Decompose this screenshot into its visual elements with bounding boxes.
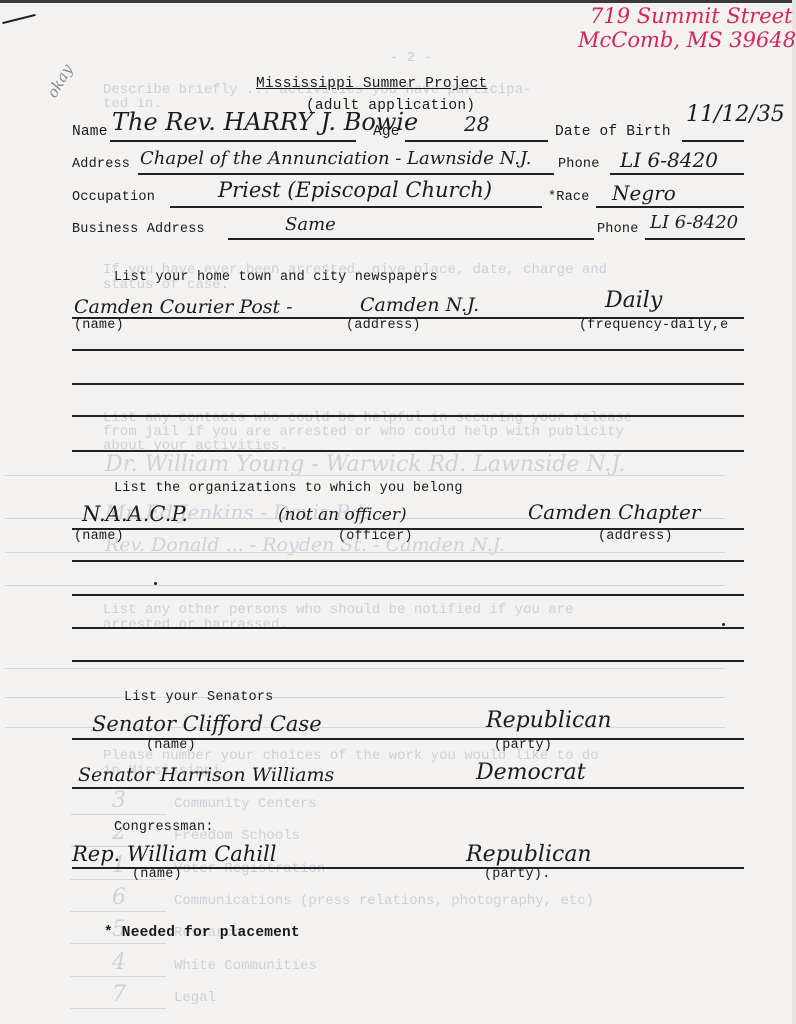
business-phone-line [645, 238, 745, 240]
name-label: Name [72, 124, 108, 140]
age-line [405, 140, 548, 142]
phone-label: Phone [558, 157, 600, 172]
newspaper-name-caption: (name) [74, 318, 124, 333]
newspaper-line [72, 450, 744, 452]
occupation-label: Occupation [72, 190, 155, 205]
newspapers-prompt: List your home town and city newspapers [114, 270, 438, 285]
newspaper-frequency[interactable]: Daily [605, 288, 662, 313]
senator-1-name[interactable]: Senator Clifford Case [92, 712, 322, 736]
congressman-name-caption: (name) [132, 867, 182, 882]
organization-officer[interactable]: (not an officer) [278, 505, 407, 525]
race-value[interactable]: Negro [612, 181, 676, 205]
ghost-line [5, 668, 725, 669]
ghost-choice-line [70, 1008, 166, 1009]
ghost-choice-label: Community Centers [174, 796, 317, 812]
newspaper-name[interactable]: Camden Courier Post - [74, 296, 293, 318]
senator-1-party[interactable]: Republican [486, 708, 612, 733]
business-address-line [228, 238, 594, 240]
senators-prompt: List your Senators [124, 690, 273, 705]
ghost-choice-label: Communications (press relations, photogr… [174, 893, 594, 909]
ghost-choice-label: Legal [174, 990, 216, 1006]
ghost-choice-rank: 3 [112, 788, 126, 813]
speck [722, 623, 725, 626]
senator-2-name[interactable]: Senator Harrison Williams [78, 764, 334, 786]
ghost-choice-rank: 7 [112, 982, 126, 1007]
occupation-line [170, 206, 542, 208]
ghost-page-number: - 2 - [390, 50, 432, 66]
congressman-prompt: Congressman: [114, 820, 214, 835]
dob-line [682, 140, 744, 142]
dob-value[interactable]: 11/12/35 [686, 102, 785, 127]
ghost-choice-line [70, 911, 166, 912]
scan-edge [0, 0, 796, 3]
name-line [110, 140, 356, 142]
organization-name-caption: (name) [74, 529, 124, 544]
annotation-city: McComb, MS 39648 [578, 28, 796, 52]
congressman-party[interactable]: Republican [466, 842, 592, 867]
form-title: Mississippi Summer Project [256, 76, 487, 92]
newspaper-frequency-caption: (frequency-daily,e [579, 318, 728, 333]
organization-address-caption: (address) [598, 529, 673, 544]
business-phone-value[interactable]: LI 6-8420 [650, 212, 738, 233]
newspaper-line [72, 415, 744, 417]
senator-2-party[interactable]: Democrat [476, 760, 586, 785]
organization-officer-caption: (officer) [338, 529, 413, 544]
senator-name-caption: (name) [146, 738, 196, 753]
ghost-question: List any other persons who should be not… [103, 602, 573, 618]
business-address-label: Business Address [72, 222, 205, 237]
newspaper-address[interactable]: Camden N.J. [360, 294, 479, 316]
address-line [138, 173, 554, 175]
occupation-value[interactable]: Priest (Episcopal Church) [218, 178, 492, 202]
newspaper-address-caption: (address) [346, 318, 421, 333]
ghost-line [5, 552, 725, 553]
senator-party-caption: (party) [494, 738, 552, 753]
race-line [596, 206, 744, 208]
ghost-choice-rank: 6 [112, 885, 126, 910]
ghost-choice-line [70, 814, 166, 815]
ghost-choice-label: White Communities [174, 958, 317, 974]
footnote: * Needed for placement [104, 925, 300, 941]
race-label: *Race [548, 190, 590, 205]
organization-line [72, 627, 744, 629]
organization-name[interactable]: N.A.A.C.P. [82, 502, 188, 526]
business-phone-label: Phone [597, 222, 639, 237]
ghost-choice-line [70, 976, 166, 977]
senator-line [72, 787, 744, 789]
organization-address[interactable]: Camden Chapter [528, 500, 700, 524]
ghost-line [5, 585, 725, 586]
dob-label: Date of Birth [555, 124, 671, 140]
business-address-value[interactable]: Same [285, 214, 336, 235]
ghost-line [5, 475, 725, 476]
congressman-party-caption: (party). [484, 867, 550, 882]
address-label: Address [72, 157, 130, 172]
pencil-note: okay [43, 61, 76, 101]
ghost-question: arrested or harrassed. [103, 617, 288, 633]
organizations-prompt: List the organizations to which you belo… [114, 481, 463, 496]
pen-mark [2, 14, 35, 24]
organization-line [72, 560, 744, 562]
organization-line [72, 660, 744, 662]
organization-line [72, 594, 744, 596]
ghost-contact: Dr. William Young - Warwick Rd. Lawnside… [105, 452, 625, 477]
age-label: Age [373, 124, 400, 140]
ghost-choice-rank: 4 [112, 950, 126, 975]
ghost-choice-line [70, 943, 166, 944]
ghost-line [5, 697, 725, 698]
age-value[interactable]: 28 [464, 112, 489, 136]
newspaper-line [72, 349, 744, 351]
address-value[interactable]: Chapel of the Annunciation - Lawnside N.… [140, 148, 532, 169]
phone-value[interactable]: LI 6-8420 [620, 148, 718, 172]
newspaper-line [72, 383, 744, 385]
scan-edge-right [792, 0, 796, 1024]
phone-line [610, 173, 744, 175]
application-page: - 2 - Describe briefly ... activities yo… [0, 0, 796, 1024]
congressman-name[interactable]: Rep. William Cahill [72, 842, 276, 866]
speck [154, 582, 157, 585]
annotation-street: 719 Summit Street [590, 4, 792, 28]
